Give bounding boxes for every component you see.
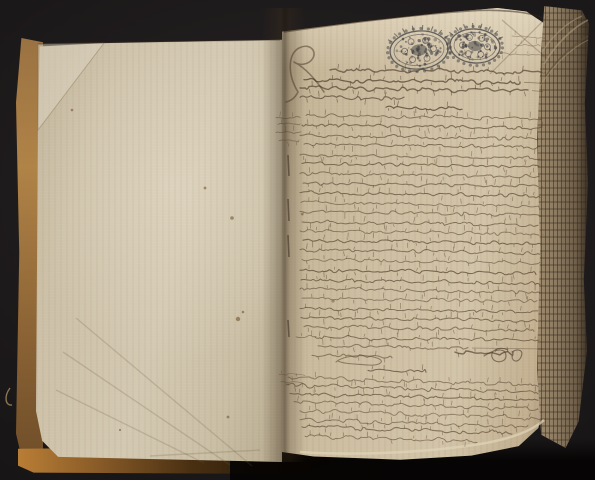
right-manuscript-page: [282, 8, 545, 462]
spine-gutter: [262, 8, 306, 462]
book-fore-edge: [537, 6, 589, 448]
manuscript-photo: [0, 0, 595, 480]
left-blank-page: [36, 38, 282, 462]
